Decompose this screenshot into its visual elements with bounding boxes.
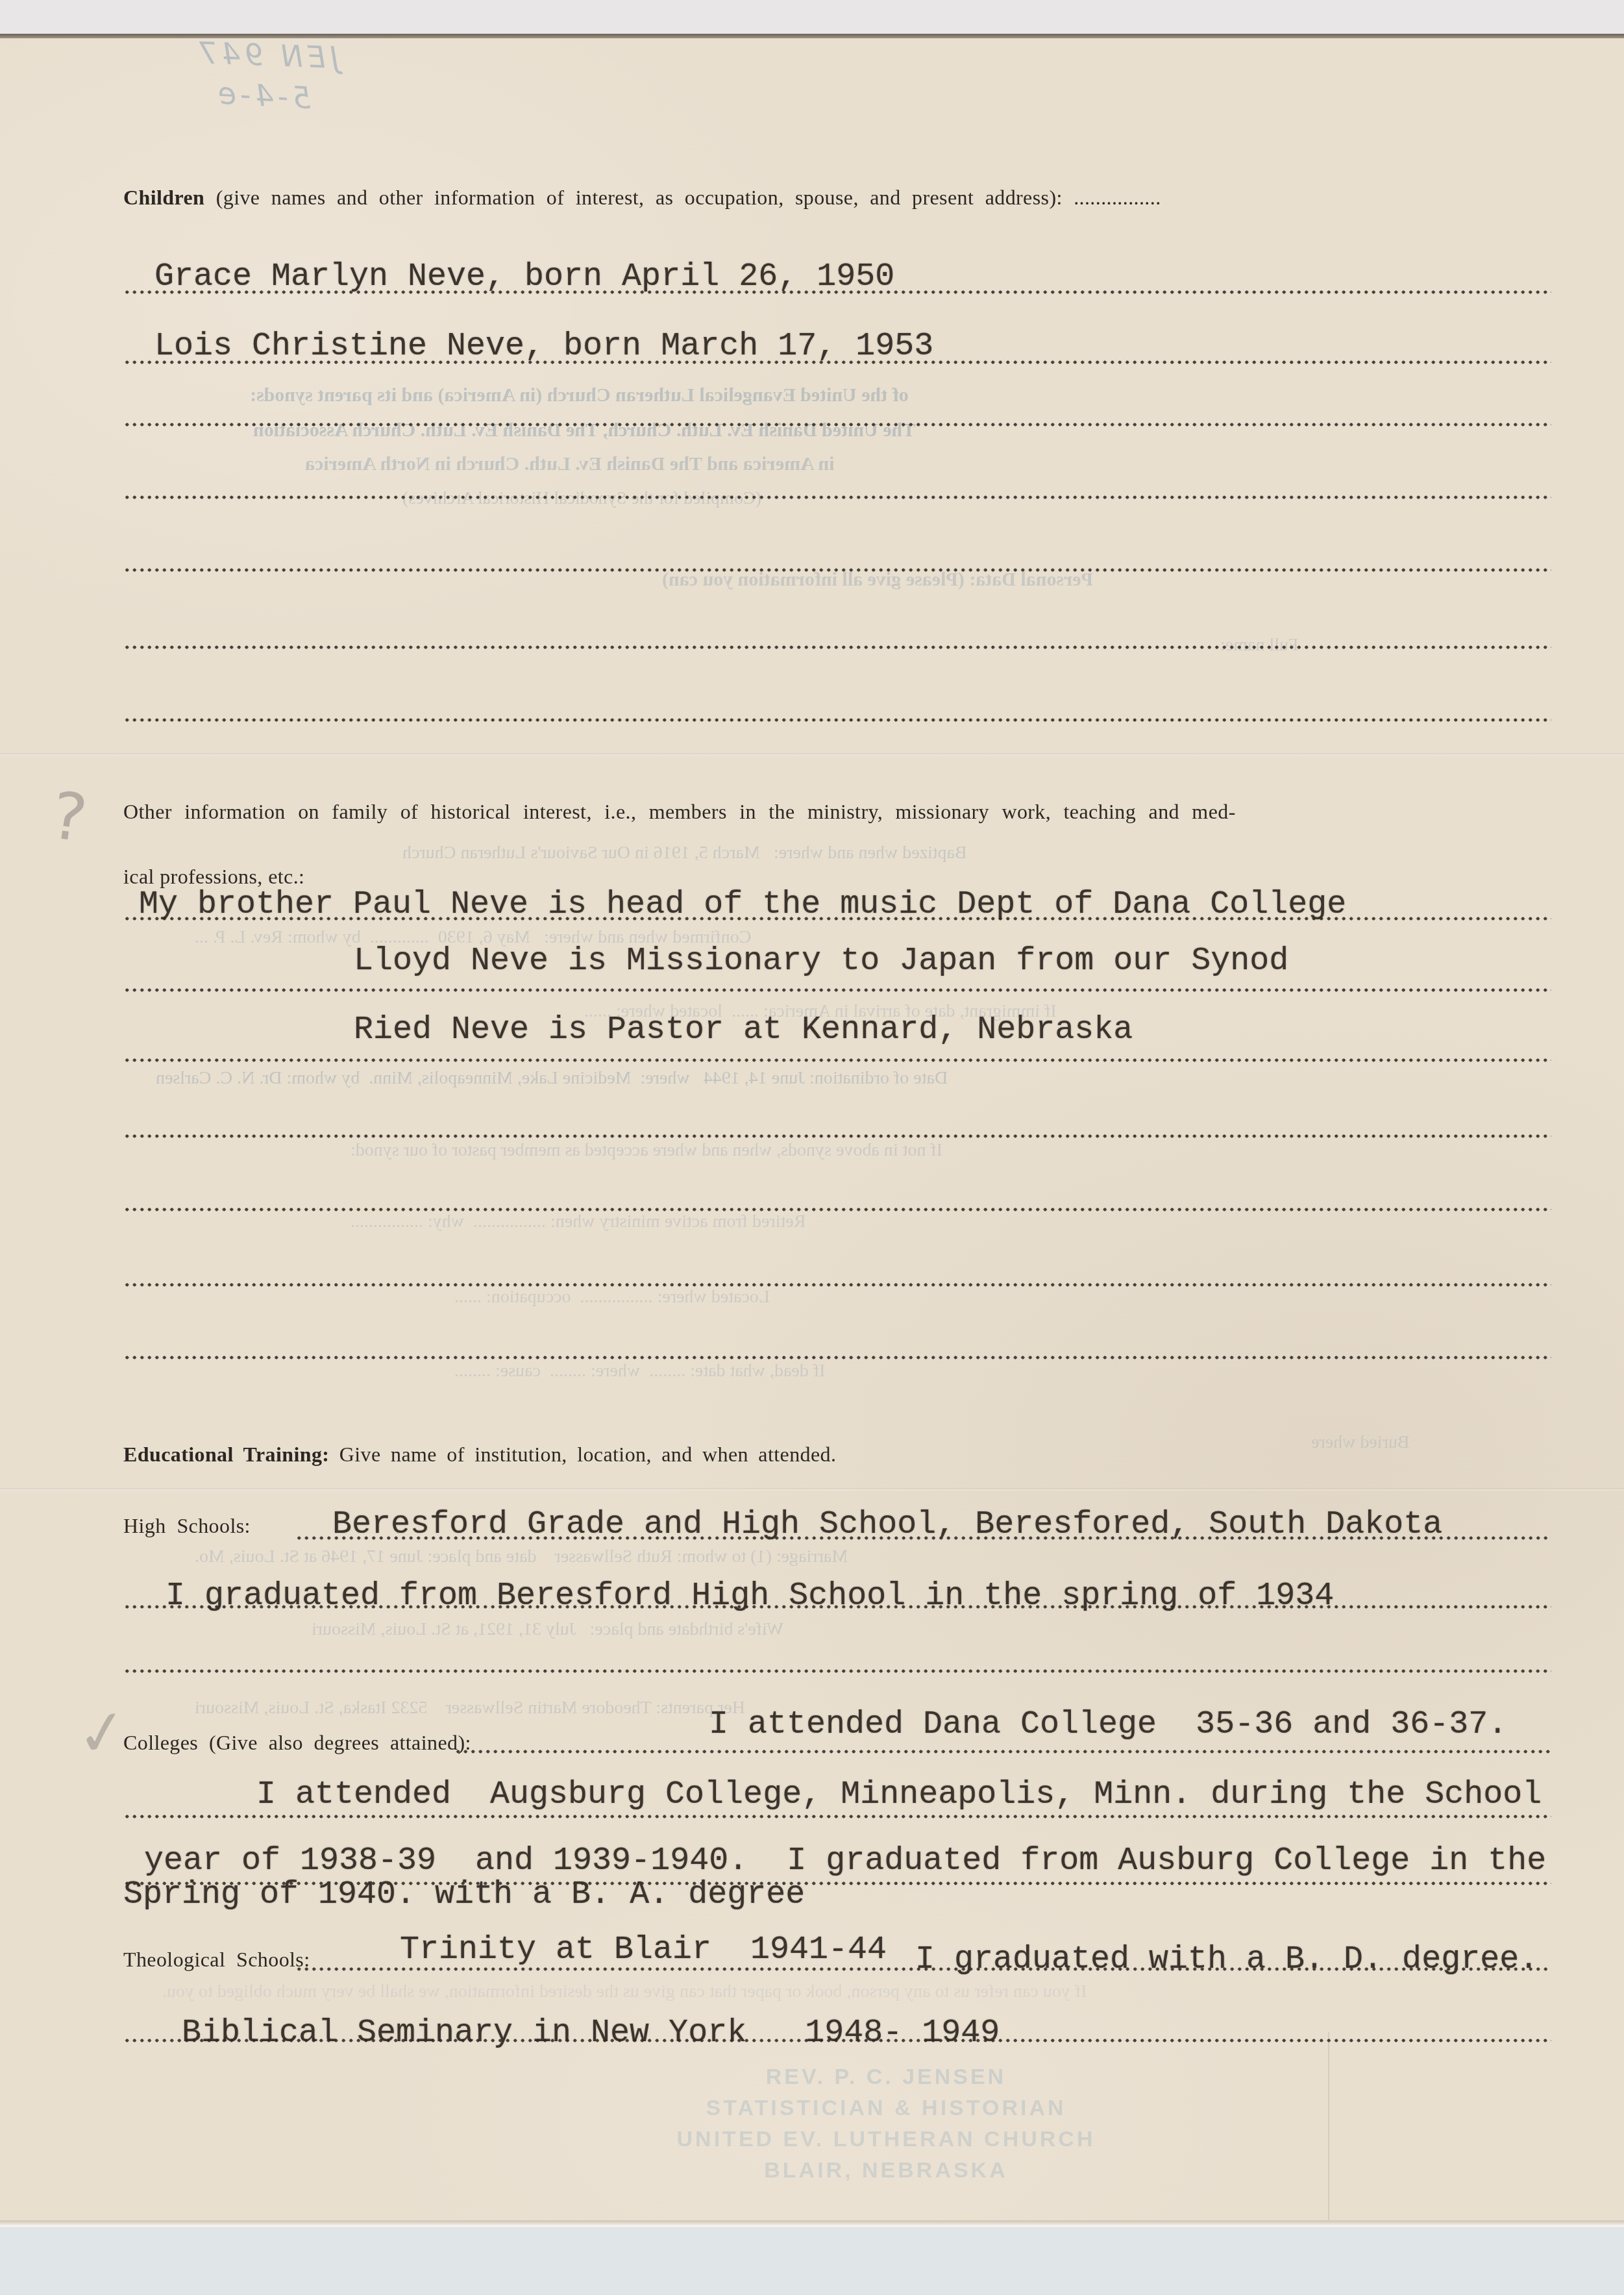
- bleedthrough-line: Wife's birthdate and place: July 31, 192…: [312, 1619, 783, 1640]
- theological-entry-3: Biblical Seminary in New York 1948- 1949: [182, 2015, 1000, 2052]
- paper-crease: [1328, 2032, 1329, 2222]
- stamp-ghost-line: STATISTICIAN & HISTORIAN: [706, 2096, 1066, 2121]
- dotted-rule: [123, 1815, 1551, 1818]
- children-heading-rest: (give names and other information of int…: [204, 186, 1161, 209]
- bleedthrough-line: If you can refer us to any person, book …: [162, 1981, 1087, 2002]
- bleedthrough-line: Baptized when and where: March 5, 1916 i…: [402, 843, 967, 863]
- bleedthrough-line: Marriage: (1) to whom: Ruth Sellwasser d…: [195, 1546, 848, 1567]
- children-heading-label: Children: [123, 186, 204, 209]
- dotted-rule: [123, 1356, 1551, 1359]
- scanner-background: [0, 2227, 1624, 2295]
- dotted-rule: [123, 495, 1551, 499]
- bleedthrough-line: Date of ordination: June 14, 1944 where:…: [156, 1068, 948, 1089]
- paper-crease: [0, 1488, 1624, 1491]
- bleedthrough-line: Buried where: [1311, 1432, 1410, 1453]
- dotted-rule: [123, 645, 1551, 649]
- bleedthrough-line: Retired from active ministry when: .....…: [351, 1211, 806, 1232]
- bleedthrough-line: of the United Evangelical Lutheran Churc…: [250, 384, 909, 406]
- dotted-rule: [123, 917, 1551, 921]
- high-schools-label: High Schools:: [123, 1514, 251, 1538]
- theological-schools-label: Theological Schools:: [123, 1948, 310, 1972]
- bleedthrough-line: in America and The Danish Ev. Luth. Chur…: [305, 453, 835, 475]
- dotted-rule: [123, 718, 1551, 722]
- colleges-label: Colleges (Give also degrees attained):: [123, 1731, 471, 1755]
- paper-crease: [0, 753, 1624, 756]
- education-heading-rest: Give name of institution, location, and …: [329, 1443, 836, 1466]
- dotted-rule: [123, 2039, 1551, 2042]
- theological-entry-2: I graduated with a B. D. degree.: [915, 1941, 1538, 1978]
- dotted-rule: [123, 360, 1551, 364]
- dotted-rule: [123, 290, 1551, 294]
- dotted-rule: [123, 988, 1551, 992]
- stamp-ghost-line: REV. P. C. JENSEN: [766, 2065, 1006, 2090]
- high-schools-entry-2: I graduated from Beresford High School i…: [166, 1578, 1334, 1615]
- education-heading-label: Educational Training:: [123, 1443, 329, 1466]
- stamp-ghost-line: UNITED EV. LUTHERAN CHURCH: [677, 2127, 1096, 2152]
- colleges-entry-4: Spring of 1940. with a B. A. degree: [123, 1876, 805, 1913]
- dotted-rule: [123, 1058, 1551, 1062]
- dotted-rule: [123, 1605, 1551, 1609]
- dotted-rule: [123, 568, 1551, 572]
- scanned-document: JEN 947 5-4-e of the United Evangelical …: [0, 0, 1624, 2295]
- dotted-rule: [123, 423, 1551, 427]
- dotted-rule: [123, 1208, 1551, 1211]
- bleedthrough-line: If dead, what date: ........ where: ....…: [454, 1361, 825, 1382]
- dotted-rule: [454, 1750, 1551, 1754]
- dotted-rule: [123, 1669, 1551, 1673]
- child-entry-2: Lois Christine Neve, born March 17, 1953: [154, 328, 933, 365]
- bleedthrough-line: Personal Data: (Please give all informat…: [662, 569, 1093, 591]
- family-entry-2: Lloyd Neve is Missionary to Japan from o…: [354, 943, 1288, 980]
- high-schools-entry-1: Beresford Grade and High School, Beresfo…: [332, 1506, 1442, 1543]
- family-heading-line1: Other information on family of historica…: [123, 800, 1236, 824]
- family-entry-3: Ried Neve is Pastor at Kennard, Nebraska: [354, 1011, 1133, 1048]
- bleedthrough-handwriting: 5-4-e: [214, 75, 313, 116]
- bleedthrough-line: Located where: ................ occupati…: [454, 1287, 770, 1308]
- colleges-entry-1: I attended Dana College 35-36 and 36-37.: [709, 1706, 1507, 1743]
- family-heading-line2: ical professions, etc.:: [123, 865, 304, 889]
- stamp-ghost-line: BLAIR, NEBRASKA: [764, 2158, 1007, 2183]
- theological-entry-1: Trinity at Blair 1941-44: [400, 1931, 887, 1968]
- children-heading: Children (give names and other informati…: [123, 186, 1161, 210]
- bleedthrough-line: If not in above synods, when and where a…: [351, 1140, 942, 1161]
- dotted-rule: [123, 1283, 1551, 1287]
- bleedthrough-handwriting: JEN 947: [194, 35, 339, 75]
- bleedthrough-line: Her parents: Theodore Martin Sellwasser …: [195, 1698, 745, 1718]
- education-heading: Educational Training: Give name of insti…: [123, 1443, 836, 1467]
- dotted-rule: [123, 1134, 1551, 1138]
- paper-bottom-edge: [0, 2220, 1624, 2227]
- colleges-entry-2: I attended Augsburg College, Minneapolis…: [256, 1776, 1542, 1813]
- colleges-entry-3: year of 1938-39 and 1939-1940. I graduat…: [144, 1842, 1546, 1879]
